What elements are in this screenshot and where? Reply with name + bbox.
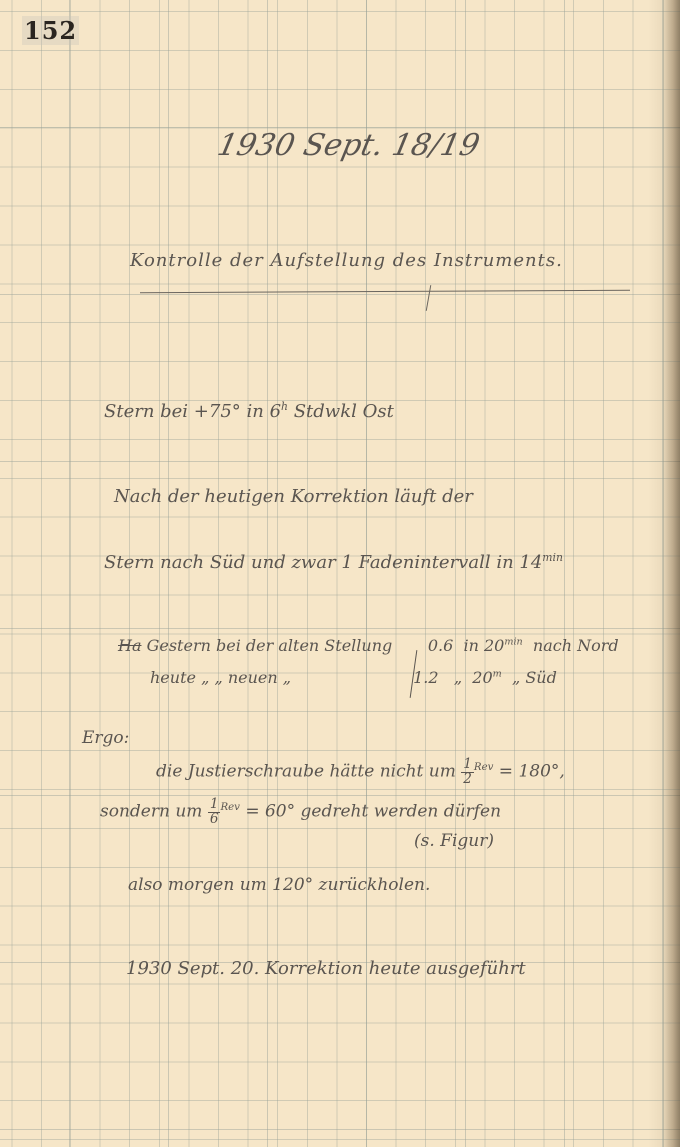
row-value: 0.6: [428, 636, 453, 655]
line-text: die Justierschraube hätte nicht um: [156, 762, 461, 782]
row-direction: „ Süd: [512, 668, 557, 687]
notebook-page: 152 1930 Sept. 18/19 Kontrolle der Aufst…: [0, 0, 680, 1147]
line-text: = 180°,: [493, 762, 564, 782]
hour-superscript: h: [281, 400, 288, 413]
row-time: 20: [472, 668, 492, 687]
ergo-label: Ergo:: [82, 728, 129, 748]
rev-superscript: Rev: [474, 762, 493, 773]
heading-underline-stroke: [426, 285, 431, 311]
row-direction: nach Nord: [533, 636, 619, 655]
entry-heading: Kontrolle der Aufstellung des Instrument…: [130, 250, 563, 271]
line-screw-should: sondern um 16Rev = 60° gedreht werden dü…: [100, 798, 501, 826]
row-today: heute „ „ neuen „ 1.2 „ 20m „ Süd: [150, 668, 557, 687]
minute-superscript: min: [542, 551, 563, 564]
line-star-position: Stern bei +75° in 6h Stdwkl Ost: [104, 400, 394, 422]
line-text: Stern bei +75° in 6: [104, 401, 281, 422]
fraction-half: 12: [461, 758, 474, 786]
line-text: = 60° gedreht werden dürfen: [240, 802, 501, 822]
line-correction: Nach der heutigen Korrektion läuft der: [114, 486, 473, 507]
heading-underline: [140, 290, 630, 294]
line-text: sondern um: [100, 802, 208, 822]
page-binding-shadow: [662, 0, 680, 1147]
line-screw-should-not: die Justierschraube hätte nicht um 12Rev…: [156, 758, 565, 786]
row-label: Gestern bei der alten Stellung: [147, 636, 393, 655]
row-in: in: [463, 636, 478, 655]
line-followup-entry: 1930 Sept. 20. Korrektion heute ausgefüh…: [126, 958, 526, 979]
line-text: Stdwkl Ost: [288, 401, 394, 422]
line-text: Stern nach Süd und zwar 1 Fadenintervall…: [104, 552, 542, 573]
fraction-denominator: 6: [208, 813, 221, 827]
row-yesterday: Ha Gestern bei der alten Stellung 0.6 in…: [118, 636, 619, 655]
struck-text: Ha: [118, 636, 142, 655]
row-time-unit: min: [504, 637, 522, 648]
row-label: heute „ „ neuen „: [150, 668, 291, 687]
line-tomorrow: also morgen um 120° zurückholen.: [128, 875, 430, 895]
rev-superscript: Rev: [220, 802, 239, 813]
row-in: „: [454, 668, 462, 687]
row-time: 20: [484, 636, 504, 655]
fraction-denominator: 2: [461, 773, 474, 787]
line-drift: Stern nach Süd und zwar 1 Fadenintervall…: [104, 551, 563, 573]
row-time-unit: m: [493, 669, 502, 680]
fraction-sixth: 16: [208, 798, 221, 826]
entry-date: 1930 Sept. 18/19: [214, 128, 482, 163]
row-value: 1.2: [413, 668, 438, 687]
page-number: 152: [22, 16, 79, 45]
figure-reference: (s. Figur): [414, 831, 494, 851]
